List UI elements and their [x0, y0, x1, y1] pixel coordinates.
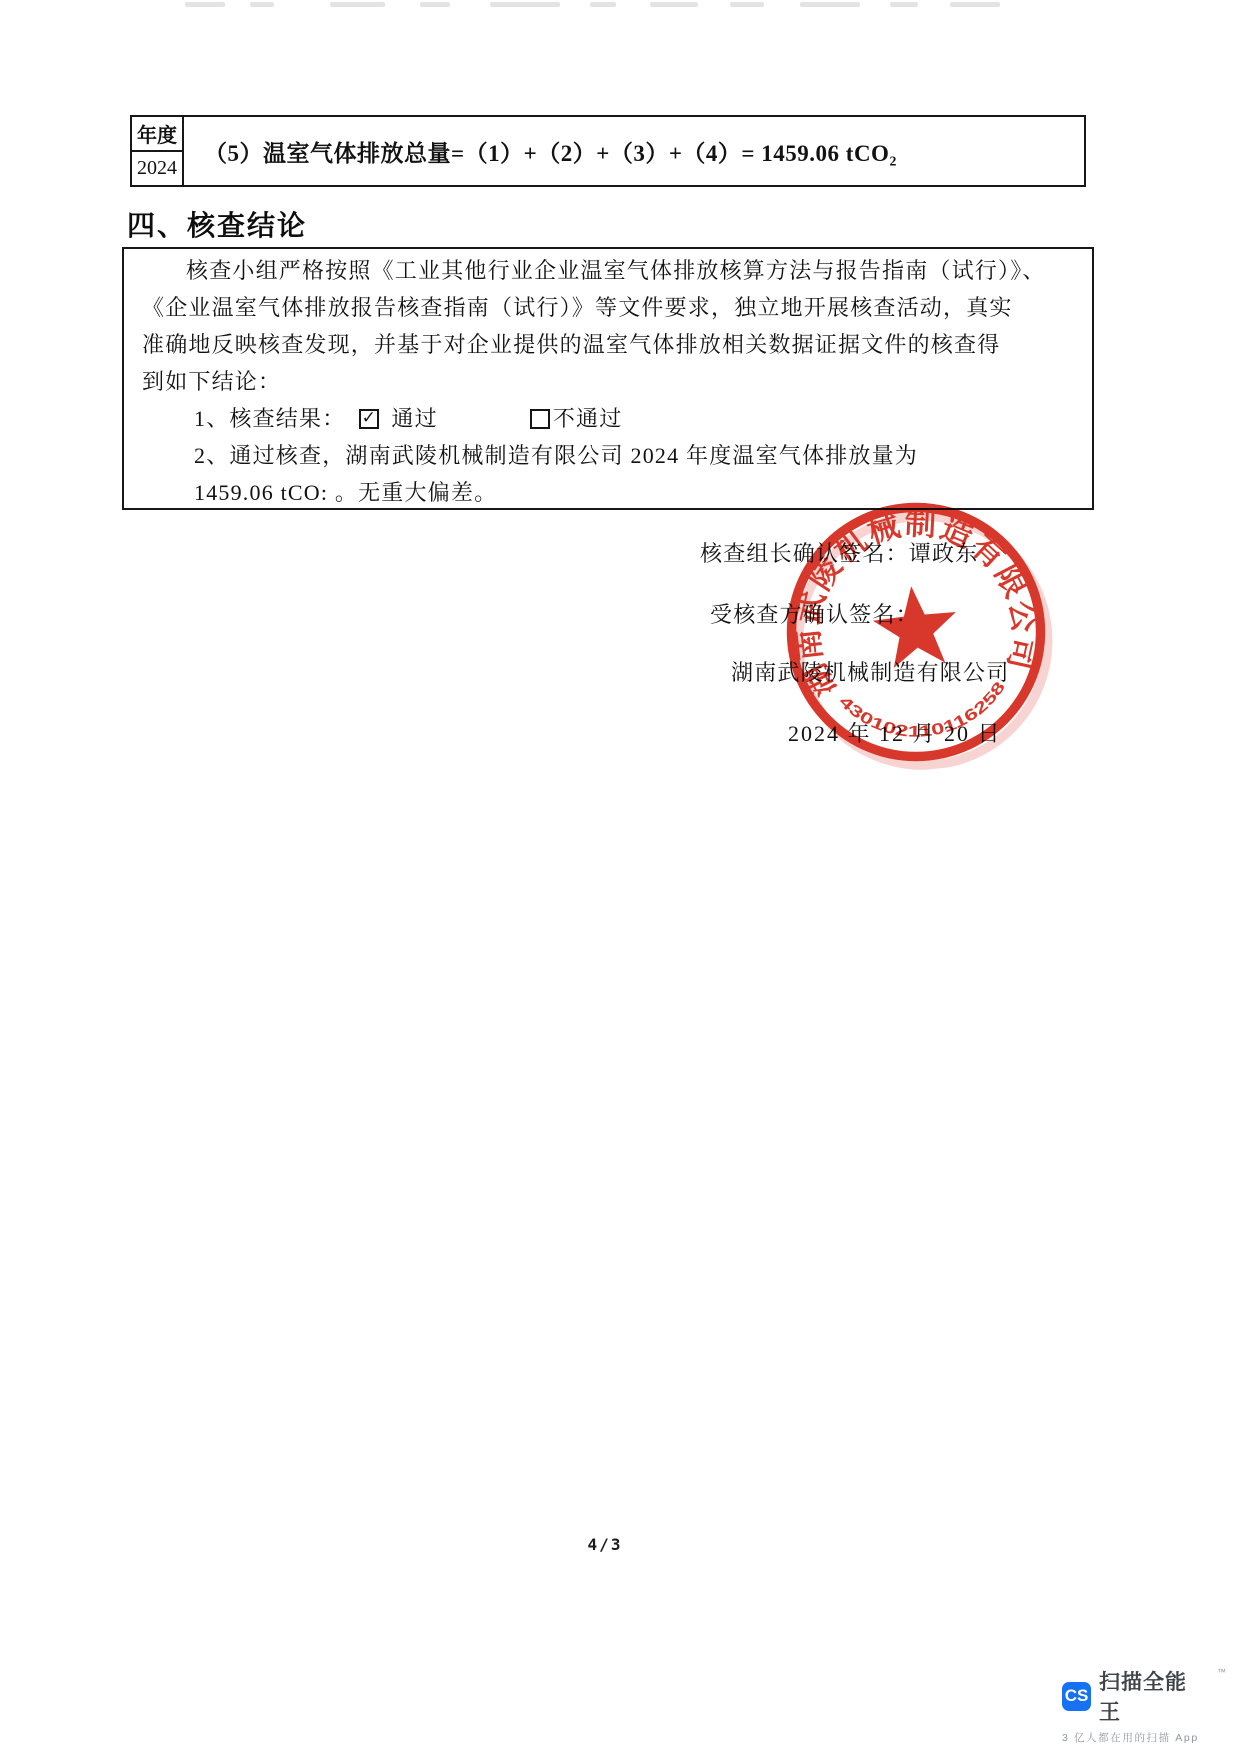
document-page: 年度 2024 （5）温室气体排放总量=（1）+（2）+（3）+（4）= 145…: [0, 0, 1240, 1755]
camscanner-watermark: CS 扫描全能王 ™ 3 亿人都在用的扫描 App: [1062, 1666, 1226, 1745]
scan-artifact: [0, 0, 1240, 12]
conclusion-item2-line1: 2、通过核查，湖南武陵机械制造有限公司 2024 年度温室气体排放量为: [142, 437, 1072, 474]
year-label: 年度: [132, 117, 182, 152]
page-number: 4/3: [555, 1535, 655, 1554]
conclusion-paragraph-line: 到如下结论：: [142, 363, 1072, 400]
conclusion-paragraph-line: 准确地反映核查发现，并基于对企业提供的温室气体排放相关数据证据文件的核查得: [142, 326, 1072, 363]
year-value: 2024: [132, 152, 182, 185]
company-seal: 湖南武陵机械制造有限公司 430102110116258: [766, 481, 1065, 784]
camscanner-logo-icon: CS: [1062, 1682, 1091, 1711]
verification-result-line: 1、核查结果： ✓ 通过 不通过: [142, 400, 1072, 437]
emission-total-formula: （5）温室气体排放总量=（1）+（2）+（3）+（4）= 1459.06 tCO…: [184, 117, 1084, 185]
conclusion-box: 核查小组严格按照《工业其他行业企业温室气体排放核算方法与报告指南（试行）》、 《…: [122, 247, 1094, 510]
check-icon: ✓: [362, 410, 377, 427]
unchecked-checkbox-icon: [530, 409, 550, 429]
conclusion-paragraph-line: 《企业温室气体排放报告核查指南（试行）》等文件要求，独立地开展核查活动，真实: [142, 289, 1072, 326]
fail-label: 不通过: [553, 400, 623, 437]
result-label: 1、核查结果：: [194, 400, 345, 437]
year-cell: 年度 2024: [132, 117, 184, 185]
watermark-title: 扫描全能王: [1099, 1666, 1208, 1726]
emission-summary-table: 年度 2024 （5）温室气体排放总量=（1）+（2）+（3）+（4）= 145…: [130, 115, 1086, 187]
watermark-header: CS 扫描全能王 ™: [1062, 1666, 1226, 1726]
watermark-tagline: 3 亿人都在用的扫描 App: [1062, 1730, 1226, 1745]
section-heading: 四、核查结论: [127, 204, 307, 244]
seal-star-icon: [870, 582, 961, 670]
checked-checkbox-icon: ✓: [359, 409, 379, 429]
pass-label: 通过: [391, 400, 437, 437]
conclusion-paragraph-line: 核查小组严格按照《工业其他行业企业温室气体排放核算方法与报告指南（试行）》、: [142, 252, 1072, 289]
trademark-symbol: ™: [1217, 1667, 1226, 1677]
